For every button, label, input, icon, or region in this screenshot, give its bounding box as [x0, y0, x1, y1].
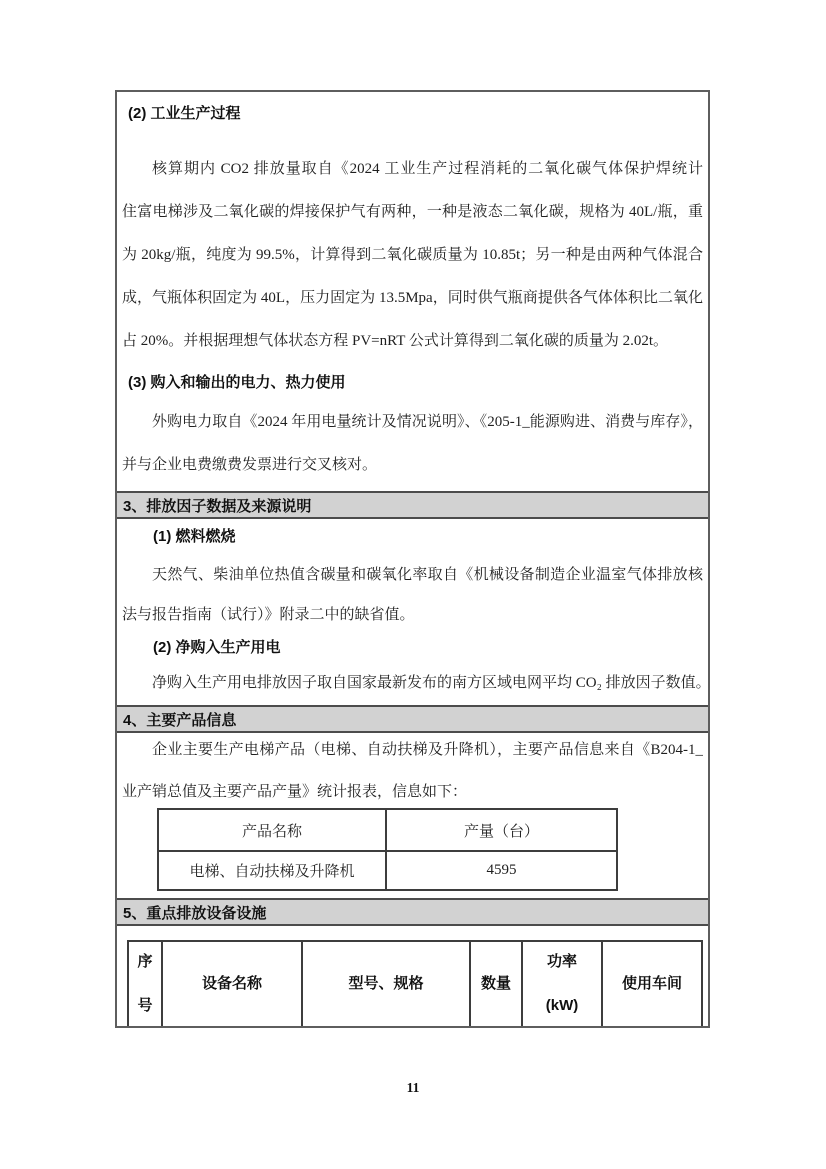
para-line: 净购入生产用电排放因子取自国家最新发布的南方区域电网平均 CO₂ 排放因子数值。 — [122, 663, 703, 703]
equipment-header-power: 功率 (kW) — [523, 942, 603, 1026]
paragraph-products: 企业主要生产电梯产品（电梯、自动扶梯及升降机），主要产品信息来自《B204-1_… — [122, 729, 703, 813]
equipment-header-workshop: 使用车间 — [603, 942, 701, 1026]
product-table-header-row: 产品名称 产量（台） — [158, 809, 617, 851]
product-name-header: 产品名称 — [158, 809, 386, 851]
para-line: 核算期内 CO2 排放量取自《2024 工业生产过程消耗的二氧化碳气体保护焊统计… — [122, 148, 703, 191]
para-line: 企业主要生产电梯产品（电梯、自动扶梯及升降机），主要产品信息来自《B204-1_… — [122, 729, 703, 771]
heading-industrial-process: (2) 工业生产过程 — [128, 102, 241, 123]
header-line: (kW) — [546, 984, 579, 1028]
equipment-header-qty: 数量 — [471, 942, 523, 1026]
heading-net-purchased-power: (2) 净购入生产用电 — [153, 636, 281, 657]
para-line: 住富电梯涉及二氧化碳的焊接保护气有两种，一种是液态二氧化碳，规格为 40L/瓶，… — [122, 191, 703, 234]
paragraph-power: 净购入生产用电排放因子取自国家最新发布的南方区域电网平均 CO₂ 排放因子数值。 — [122, 663, 703, 703]
product-name-cell: 电梯、自动扶梯及升降机 — [158, 851, 386, 890]
page-number: 11 — [0, 1080, 826, 1096]
paragraph-electricity: 外购电力取自《2024 年用电量统计及情况说明》、《205-1_能源购进、消费与… — [122, 401, 703, 487]
product-output-header: 产量（台） — [386, 809, 617, 851]
header-line: 使用车间 — [622, 962, 682, 1006]
document-page: (2) 工业生产过程 核算期内 CO2 排放量取自《2024 工业生产过程消耗的… — [0, 0, 826, 1169]
header-line: 型号、规格 — [348, 962, 423, 1006]
product-table-row: 电梯、自动扶梯及升降机 4595 — [158, 851, 617, 890]
para-line: 成，气瓶体积固定为 40L，压力固定为 13.5Mpa，同时供气瓶商提供各气体体… — [122, 277, 703, 320]
para-line: 为 20kg/瓶，纯度为 99.5%，计算得到二氧化碳质量为 10.85t；另一… — [122, 234, 703, 277]
equipment-table: 序 号 设备名称 型号、规格 数量 功率 (kW) 使用车间 — [127, 940, 703, 1026]
paragraph-industrial: 核算期内 CO2 排放量取自《2024 工业生产过程消耗的二氧化碳气体保护焊统计… — [122, 148, 703, 363]
product-table: 产品名称 产量（台） 电梯、自动扶梯及升降机 4595 — [157, 808, 618, 891]
para-line: 并与企业电费缴费发票进行交叉核对。 — [122, 444, 703, 487]
header-line: 设备名称 — [202, 962, 262, 1006]
header-line: 号 — [137, 984, 152, 1028]
header-line: 数量 — [481, 962, 511, 1006]
section-bar-emission-factors: 3、排放因子数据及来源说明 — [117, 491, 708, 519]
heading-fuel-combustion: (1) 燃料燃烧 — [153, 525, 236, 546]
header-line: 序 — [137, 940, 152, 984]
heading-purchased-electricity: (3) 购入和输出的电力、热力使用 — [128, 371, 346, 392]
para-line: 外购电力取自《2024 年用电量统计及情况说明》、《205-1_能源购进、消费与… — [122, 401, 703, 444]
equipment-header-name: 设备名称 — [163, 942, 303, 1026]
para-line: 业产销总值及主要产品产量》统计报表，信息如下： — [122, 771, 703, 813]
product-output-cell: 4595 — [386, 851, 617, 890]
equipment-header-model: 型号、规格 — [303, 942, 471, 1026]
paragraph-fuel: 天然气、柴油单位热值含碳量和碳氧化率取自《机械设备制造企业温室气体排放核算方 法… — [122, 555, 703, 635]
content-box: (2) 工业生产过程 核算期内 CO2 排放量取自《2024 工业生产过程消耗的… — [115, 90, 710, 1028]
para-line: 法与报告指南（试行）》附录二中的缺省值。 — [122, 595, 703, 635]
para-line: 天然气、柴油单位热值含碳量和碳氧化率取自《机械设备制造企业温室气体排放核算方 — [122, 555, 703, 595]
para-line: 占 20%。并根据理想气体状态方程 PV=nRT 公式计算得到二氧化碳的质量为 … — [122, 320, 703, 363]
section-bar-key-equipment: 5、重点排放设备设施 — [117, 898, 708, 926]
header-line: 功率 — [547, 940, 577, 984]
equipment-header-seq: 序 号 — [129, 942, 163, 1026]
